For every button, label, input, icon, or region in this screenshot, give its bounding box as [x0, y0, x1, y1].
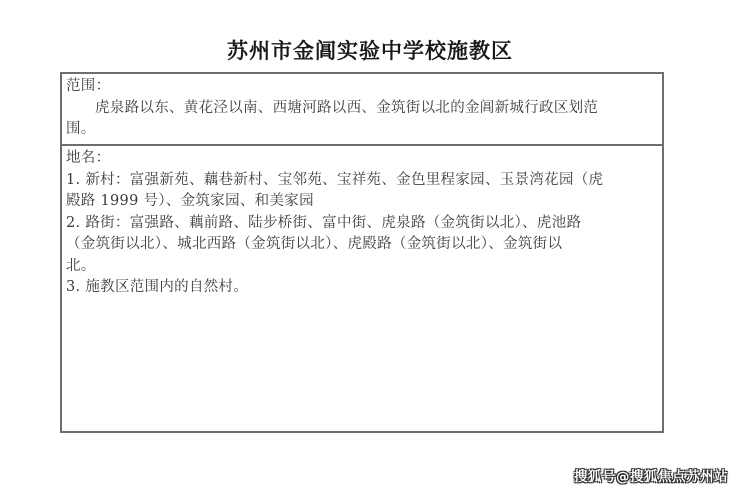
names-line: 1. 新村：富强新苑、藕巷新村、宝邻苑、宝祥苑、金色里程家园、玉景湾花园（虎 [66, 170, 658, 192]
school-district-table: 范围： 虎泉路以东、黄花泾以南、西塘河路以西、金筑街以北的金阊新城行政区划范 围… [60, 72, 664, 433]
names-heading: 地名： [66, 148, 658, 170]
names-line: （金筑街以北）、城北西路（金筑街以北）、虎殿路（金筑街以北）、金筑街以 [66, 234, 658, 256]
range-text: 范围： 虎泉路以东、黄花泾以南、西塘河路以西、金筑街以北的金阊新城行政区划范 围… [66, 76, 658, 141]
names-line: 2. 路街：富强路、藕前路、陆步桥街、富中街、虎泉路（金筑街以北）、虎池路 [66, 213, 658, 235]
range-section: 范围： 虎泉路以东、黄花泾以南、西塘河路以西、金筑街以北的金阊新城行政区划范 围… [62, 74, 662, 146]
range-heading: 范围： [66, 76, 658, 98]
document-title: 苏州市金阊实验中学校施教区 [0, 38, 740, 64]
range-line: 围。 [66, 119, 658, 141]
sohu-watermark: 搜狐号@搜狐焦点苏州站 [574, 465, 728, 485]
names-line: 殿路 1999 号）、金筑家园、和美家园 [66, 191, 658, 213]
names-line: 北。 [66, 256, 658, 278]
names-line: 3. 施教区范围内的自然村。 [66, 277, 658, 299]
range-line: 虎泉路以东、黄花泾以南、西塘河路以西、金筑街以北的金阊新城行政区划范 [66, 98, 658, 120]
place-names-text: 地名： 1. 新村：富强新苑、藕巷新村、宝邻苑、宝祥苑、金色里程家园、玉景湾花园… [66, 148, 658, 299]
place-names-section: 地名： 1. 新村：富强新苑、藕巷新村、宝邻苑、宝祥苑、金色里程家园、玉景湾花园… [62, 146, 662, 431]
